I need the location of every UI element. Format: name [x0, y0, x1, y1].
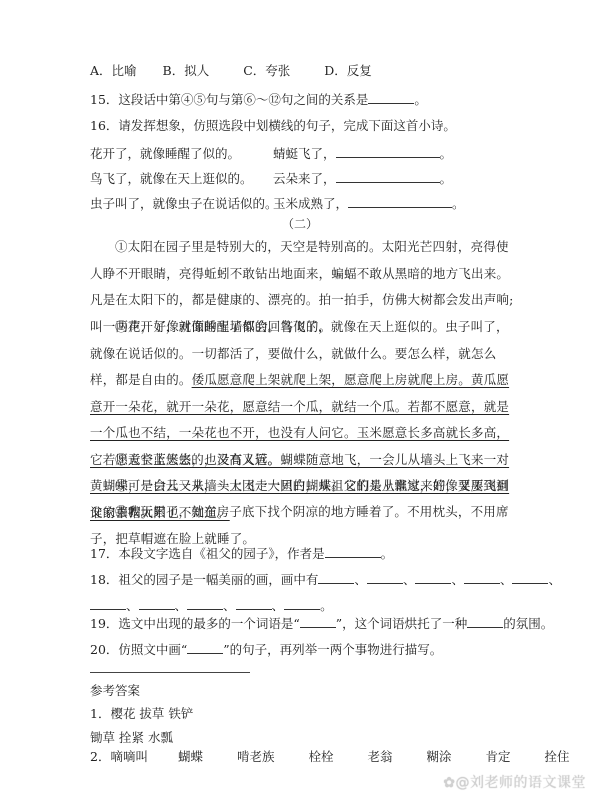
- section-title: （二）: [0, 215, 600, 232]
- poem-row: 鸟飞了，就像在天上逛似的。云朵来了，。: [90, 170, 452, 187]
- answer-blank[interactable]: [318, 571, 354, 584]
- answer-blank[interactable]: [325, 545, 381, 558]
- q14-options: A．比喻 B．拟人 C．夸张 D．反复: [90, 63, 394, 79]
- question-15: 15．这段话中第④⑤句与第⑥～⑫句之间的关系是。: [90, 91, 427, 108]
- question-19: 19．选文中出现的最多的一个词语是“”，这个词语烘托了一种的氛围。: [90, 615, 553, 632]
- question-18-continued: 、、、、。: [90, 597, 333, 614]
- answer-blank[interactable]: [415, 571, 451, 584]
- paw-icon: ✿: [443, 775, 455, 791]
- answer-blank[interactable]: [367, 571, 403, 584]
- answer-blank[interactable]: [336, 170, 440, 183]
- answer-blank[interactable]: [236, 597, 272, 610]
- watermark: ✿@刘老师的语文课堂: [443, 772, 586, 792]
- question-18: 18．祖父的园子是一幅美丽的画，画中有、、、、、: [90, 571, 561, 588]
- option-d: D．反复: [324, 63, 372, 79]
- answer-blank[interactable]: [284, 597, 320, 610]
- question-17: 17．本段文字选自《祖父的园子》，作者是。: [90, 545, 393, 562]
- answer-blank[interactable]: [464, 571, 500, 584]
- answer-blank[interactable]: [336, 145, 440, 158]
- question-16: 16．请发挥想象，仿照选段中划横线的句子，完成下面这首小诗。: [90, 118, 456, 134]
- answer-1-line-1: 1．樱花 拔草 铁铲: [90, 706, 193, 722]
- answer-blank[interactable]: [139, 597, 175, 610]
- answer-blank[interactable]: [348, 195, 452, 208]
- answer-blank[interactable]: [300, 615, 336, 628]
- option-b: B．拟人: [163, 63, 210, 79]
- answer-blank[interactable]: [467, 615, 503, 628]
- answer-blank[interactable]: [512, 571, 548, 584]
- answer-blank[interactable]: [187, 641, 223, 654]
- answer-blank[interactable]: [187, 597, 223, 610]
- poem-row: 花开了，就像睡醒了似的。蜻蜓飞了，。: [90, 145, 452, 162]
- question-20: 20．仿照文中画“”的句子，再列举一两个事物进行描写。: [90, 641, 442, 658]
- answers-title: 参考答案: [90, 683, 140, 699]
- answer-blank[interactable]: [368, 91, 414, 104]
- option-c: C．夸张: [243, 63, 290, 79]
- answer-1-line-2: 锄草 拴紧 水瓢: [90, 730, 173, 746]
- passage-paragraph-3: ③天空蓝悠悠的，又高又远。: [90, 447, 520, 474]
- answer-2: 2．嘀嘀叫蝴蝶啃老族栓栓老翁糊涂肯定拴住蚌壳: [90, 749, 600, 765]
- divider: [90, 672, 250, 673]
- poem-row: 虫子叫了，就像虫子在说话似的。玉米成熟了，。: [90, 195, 465, 212]
- option-a: A．比喻: [90, 63, 137, 79]
- answer-blank[interactable]: [90, 597, 126, 610]
